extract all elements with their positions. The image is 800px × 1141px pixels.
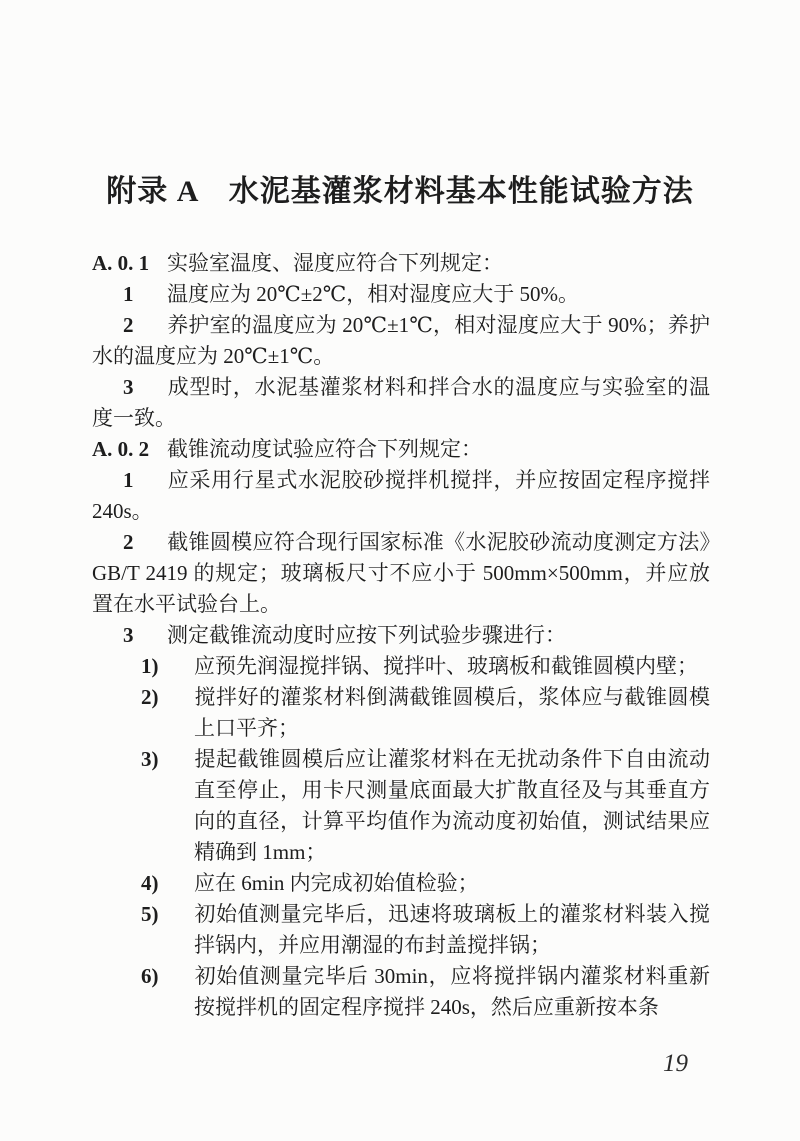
substep-number: 1) [141, 651, 194, 682]
item-text: 截锥圆模应符合现行国家标准《水泥胶砂流动度测定方法》GB/T 2419 的规定；… [92, 530, 710, 616]
item-text: 应采用行星式水泥胶砂搅拌机搅拌，并应按固定程序搅拌 240s。 [92, 468, 710, 523]
substep-number: 5) [141, 899, 194, 930]
substep-text: 初始值测量完毕后 30min，应将搅拌锅内灌浆材料重新按搅拌机的固定程序搅拌 2… [194, 964, 710, 1019]
item-text: 养护室的温度应为 20℃±1℃，相对湿度应大于 90%；养护水的温度应为 20℃… [92, 313, 710, 368]
substep-text: 搅拌好的灌浆材料倒满截锥圆模后，浆体应与截锥圆模上口平齐； [194, 685, 710, 740]
item-number: 2 [123, 527, 167, 558]
item-a01-2: 2养护室的温度应为 20℃±1℃，相对湿度应大于 90%；养护水的温度应为 20… [92, 310, 710, 372]
item-number: 3 [123, 372, 167, 403]
substep-text: 提起截锥圆模后应让灌浆材料在无扰动条件下自由流动直至停止，用卡尺测量底面最大扩散… [194, 747, 710, 864]
item-number: 1 [123, 465, 167, 496]
substep-text: 应在 6min 内完成初始值检验； [194, 871, 479, 895]
substep-number: 2) [141, 682, 194, 713]
item-number: 2 [123, 310, 167, 341]
item-a02-1: 1应采用行星式水泥胶砂搅拌机搅拌，并应按固定程序搅拌 240s。 [92, 465, 710, 527]
substep-5: 5)初始值测量完毕后，迅速将玻璃板上的灌浆材料装入搅拌锅内，并应用潮湿的布封盖搅… [92, 899, 710, 961]
substep-4: 4)应在 6min 内完成初始值检验； [92, 868, 710, 899]
clause-text: 实验室温度、湿度应符合下列规定： [167, 251, 503, 275]
page-number: 19 [663, 1050, 688, 1078]
item-text: 温度应为 20℃±2℃，相对湿度应大于 50%。 [167, 282, 579, 306]
appendix-title: 附录 A 水泥基灌浆材料基本性能试验方法 [0, 166, 800, 210]
substep-text: 应预先润湿搅拌锅、搅拌叶、玻璃板和截锥圆模内壁； [194, 654, 698, 678]
document-body: A. 0. 1实验室温度、湿度应符合下列规定： 1温度应为 20℃±2℃，相对湿… [92, 248, 710, 1023]
substep-text: 初始值测量完毕后，迅速将玻璃板上的灌浆材料装入搅拌锅内，并应用潮湿的布封盖搅拌锅… [194, 902, 710, 957]
item-text: 成型时，水泥基灌浆材料和拌合水的温度应与实验室的温度一致。 [92, 375, 710, 430]
substep-2: 2)搅拌好的灌浆材料倒满截锥圆模后，浆体应与截锥圆模上口平齐； [92, 682, 710, 744]
item-a02-2: 2截锥圆模应符合现行国家标准《水泥胶砂流动度测定方法》GB/T 2419 的规定… [92, 527, 710, 620]
item-text: 测定截锥流动度时应按下列试验步骤进行： [167, 623, 566, 647]
clause-a01: A. 0. 1实验室温度、湿度应符合下列规定： [92, 248, 710, 279]
clause-a02: A. 0. 2截锥流动度试验应符合下列规定： [92, 434, 710, 465]
clause-text: 截锥流动度试验应符合下列规定： [167, 437, 482, 461]
substep-3: 3)提起截锥圆模后应让灌浆材料在无扰动条件下自由流动直至停止，用卡尺测量底面最大… [92, 744, 710, 868]
clause-number: A. 0. 1 [92, 248, 167, 279]
item-a01-3: 3成型时，水泥基灌浆材料和拌合水的温度应与实验室的温度一致。 [92, 372, 710, 434]
item-number: 1 [123, 279, 167, 310]
item-a01-1: 1温度应为 20℃±2℃，相对湿度应大于 50%。 [92, 279, 710, 310]
item-number: 3 [123, 620, 167, 651]
scanned-document-page: 附录 A 水泥基灌浆材料基本性能试验方法 A. 0. 1实验室温度、湿度应符合下… [0, 0, 800, 1141]
substep-number: 4) [141, 868, 194, 899]
substep-number: 3) [141, 744, 194, 775]
substep-1: 1)应预先润湿搅拌锅、搅拌叶、玻璃板和截锥圆模内壁； [92, 651, 710, 682]
clause-number: A. 0. 2 [92, 434, 167, 465]
item-a02-3: 3测定截锥流动度时应按下列试验步骤进行： [92, 620, 710, 651]
substep-6: 6)初始值测量完毕后 30min，应将搅拌锅内灌浆材料重新按搅拌机的固定程序搅拌… [92, 961, 710, 1023]
substep-number: 6) [141, 961, 194, 992]
